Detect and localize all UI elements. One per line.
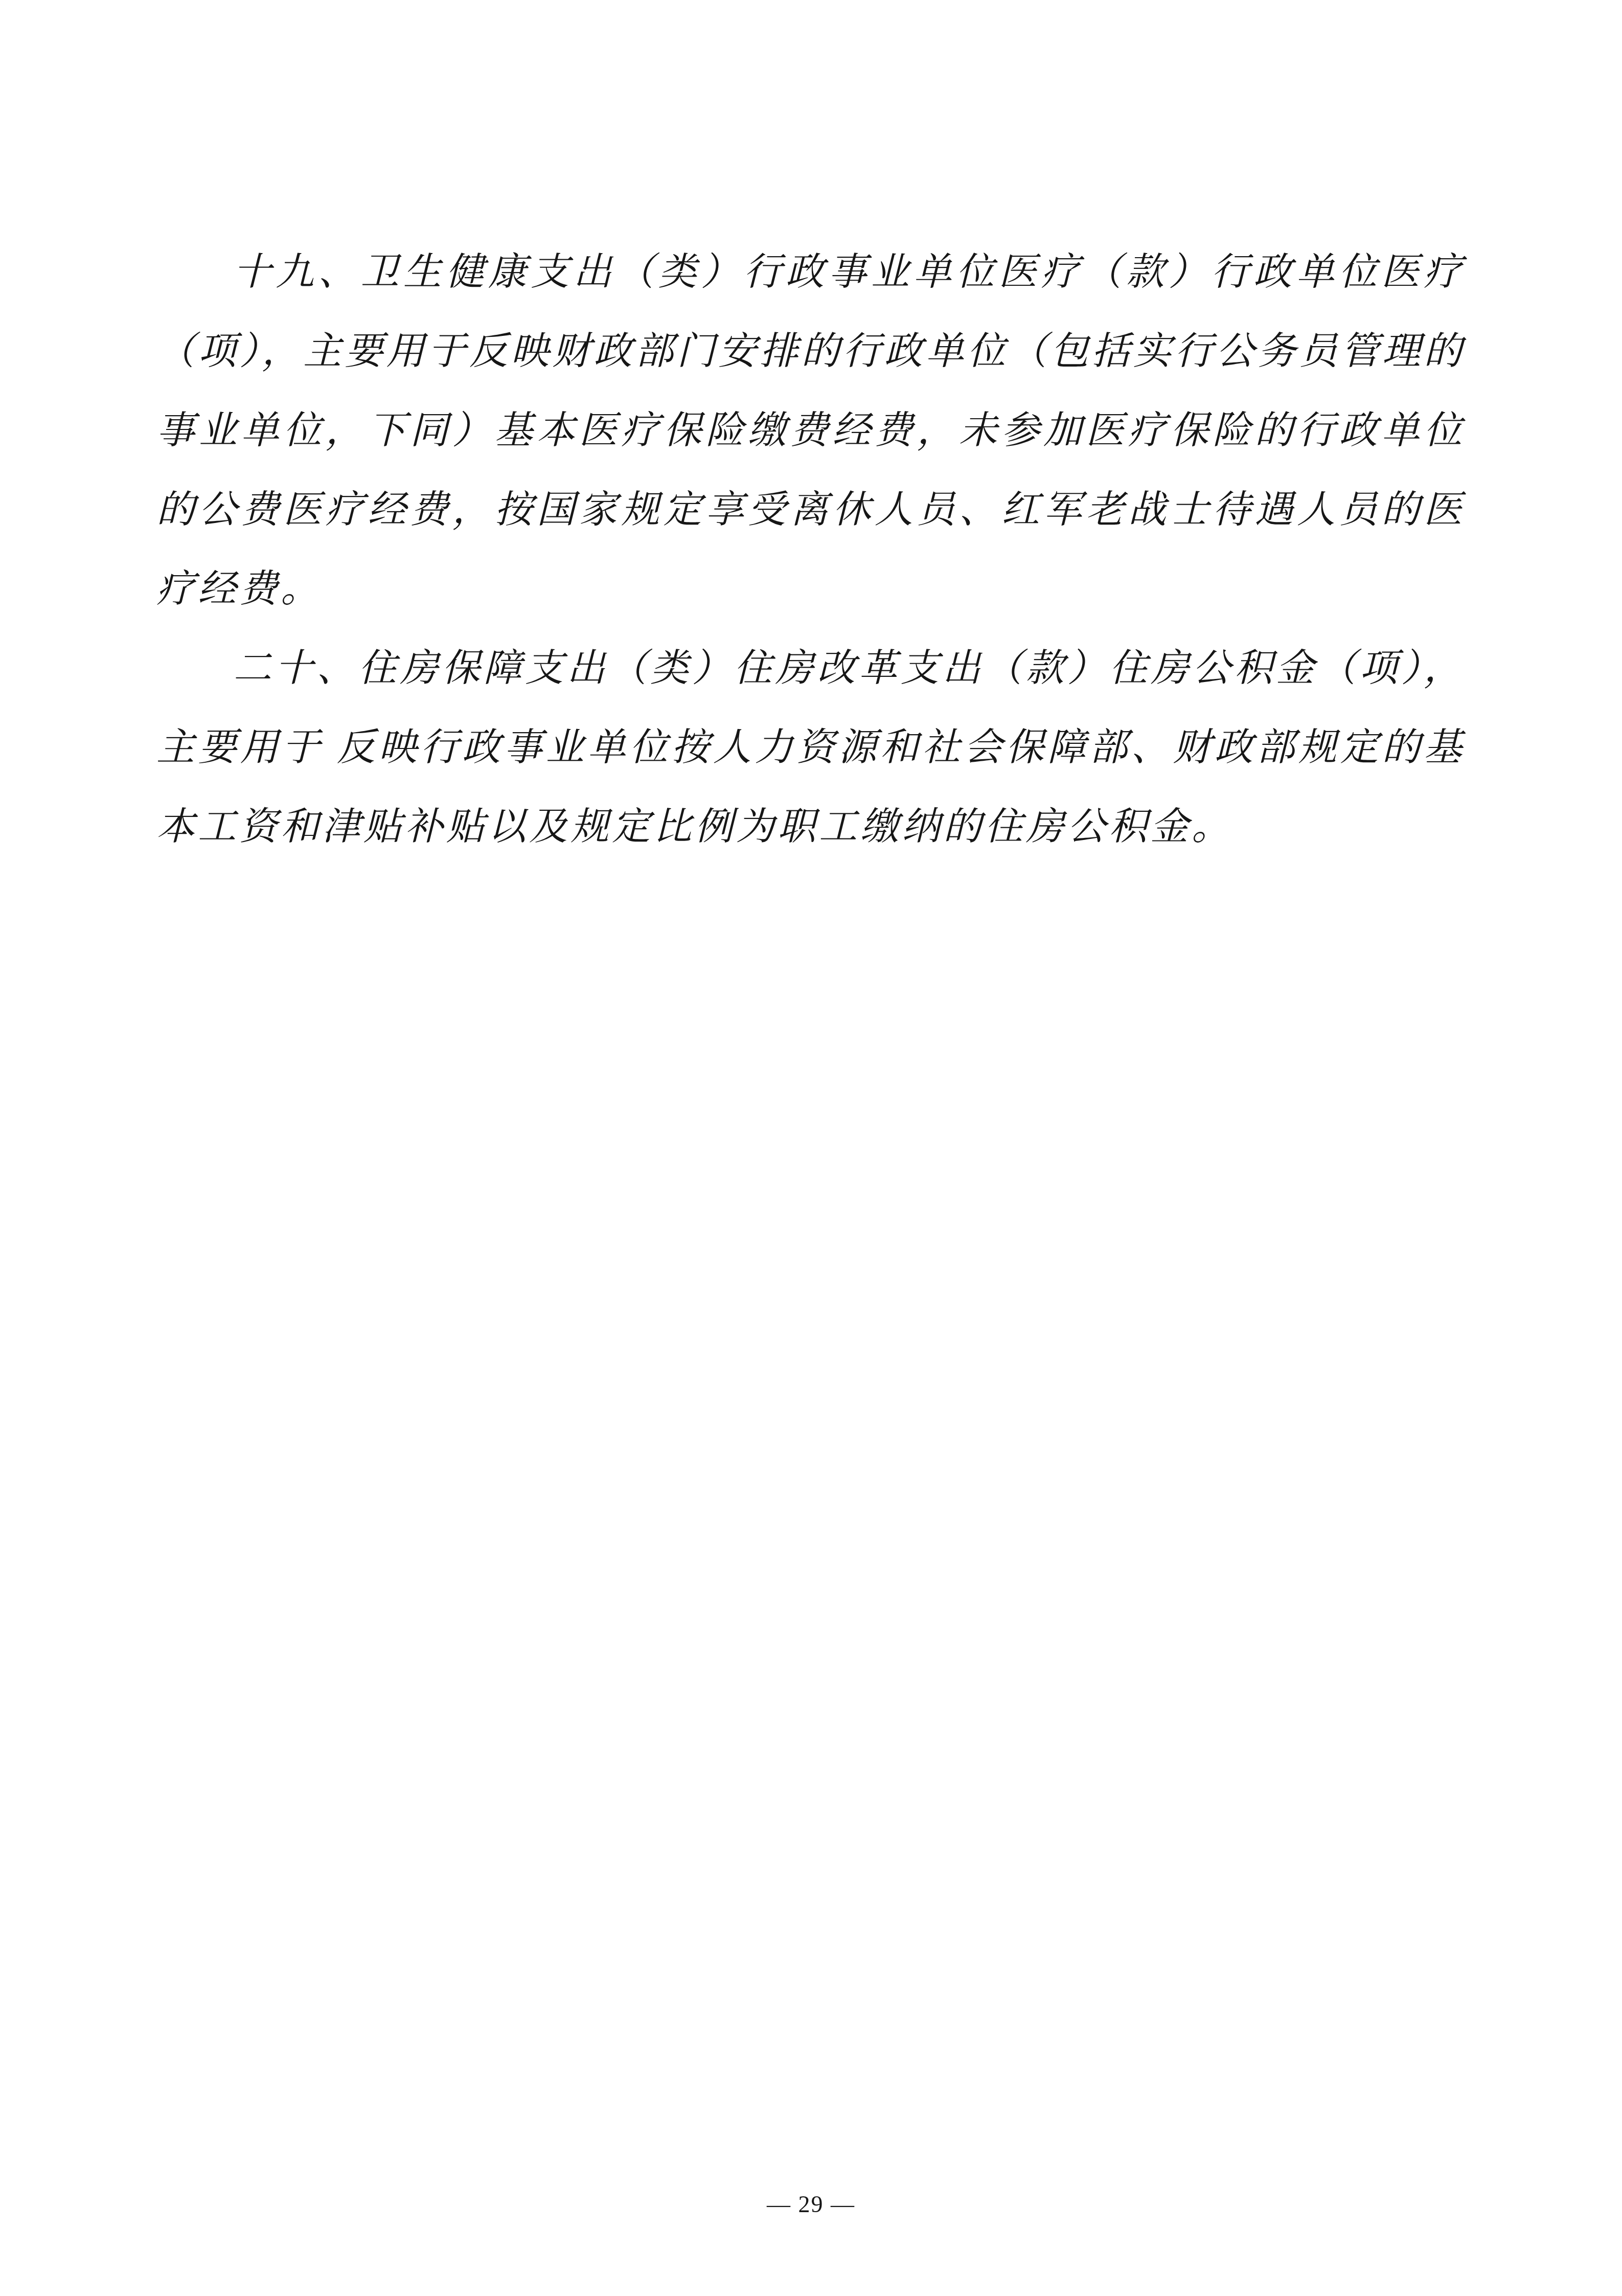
paragraph-20-housing-expenditure: 二十、住房保障支出（类）住房改革支出（款）住房公积金（项），主要用于 反映行政事… xyxy=(156,629,1465,867)
page-number: — 29 — xyxy=(767,2191,855,2217)
document-page: 十九、卫生健康支出（类）行政事业单位医疗（款）行政单位医疗（项），主要用于反映财… xyxy=(0,0,1622,2296)
paragraph-19-health-expenditure: 十九、卫生健康支出（类）行政事业单位医疗（款）行政单位医疗（项），主要用于反映财… xyxy=(156,233,1465,629)
page-footer: — 29 — xyxy=(0,2189,1622,2220)
document-body: 十九、卫生健康支出（类）行政事业单位医疗（款）行政单位医疗（项），主要用于反映财… xyxy=(156,233,1465,867)
